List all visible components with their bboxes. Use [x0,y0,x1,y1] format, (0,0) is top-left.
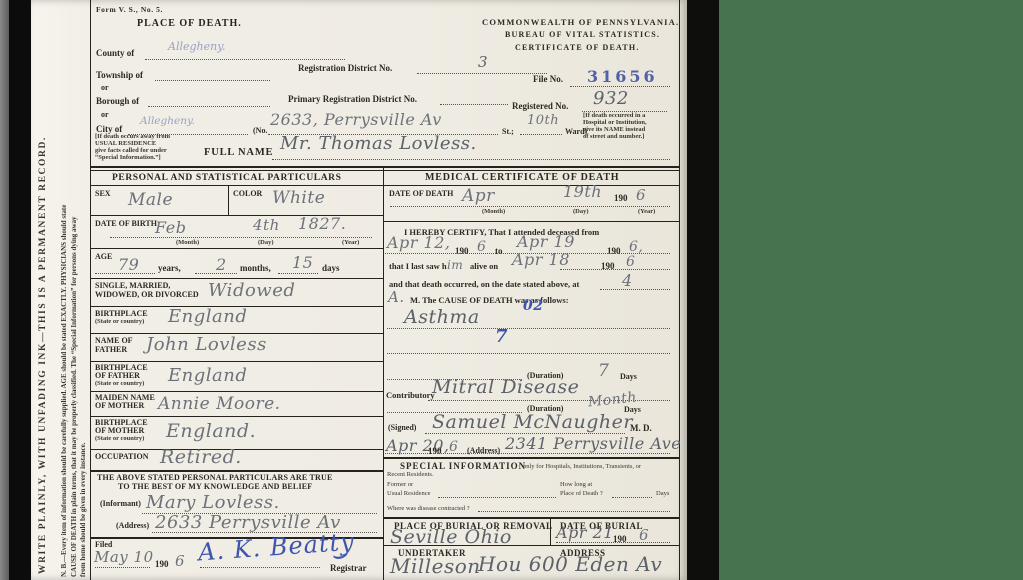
death-certificate-scan: WRITE PLAINLY, WITH UNFADING INK—THIS IS… [0,0,1023,580]
occupation-value: Retired. [160,446,242,468]
am-hand-value: A. [388,288,405,306]
personal-particulars-heading: PERSONAL AND STATISTICAL PARTICULARS [112,173,342,183]
how-long-label1: How long at [560,481,592,488]
undertaker-address-value: Hou 600 Eden Av [478,552,662,576]
informant-address-label: (Address) [116,521,149,530]
margin-nb-line3: from home should be given in every insta… [79,15,89,577]
county-value: Allegheny. [168,40,225,53]
signed-label: (Signed) [388,423,416,432]
margin-nb-line1: N. B.—Every item of information should b… [60,15,70,577]
hospital-note-line: give its NAME instead [583,126,675,133]
informant-value: Mary Lovless. [146,492,280,513]
mother-birthplace-label-line2: OF MOTHER [95,426,144,435]
usual-residence-note: [If death occurs away from USUAL RESIDEN… [95,133,195,161]
dotted-blank [195,272,237,274]
attended-from-date: Apr 12, [387,233,450,252]
street-suffix-label: St.; [502,127,514,136]
county-label: County of [96,48,134,58]
form-left-border [90,0,91,580]
dotted-blank [387,327,670,329]
dotted-blank [440,103,508,105]
house-no-label: (No. [253,126,267,135]
form-right-border [679,0,680,580]
dotted-blank [155,79,270,81]
color-value: White [272,188,325,208]
informant-label: (Informant) [100,499,141,508]
form-number: Form V. S., No. 5. [96,5,163,14]
date-of-death-label: DATE OF DEATH [389,189,453,198]
residence-note-line: USUAL RESIDENCE [95,140,195,147]
burial-date-value: Apr 21 [556,523,614,542]
signed-year-printed: 190 [428,446,442,456]
dotted-blank [600,288,670,290]
filed-date-value: May 10 [94,548,154,566]
death-year-digit: 6 [636,186,646,204]
rule [383,185,679,186]
day-caption: (Day) [573,208,589,215]
year-caption: (Year) [342,239,359,246]
special-information-subtext2: Recent Residents. [387,471,434,478]
dotted-blank [478,510,670,512]
to-label: to [495,246,503,256]
dotted-blank [390,205,670,207]
state-country-caption: (State or country) [95,435,144,442]
dotted-blank [200,566,320,568]
dotted-blank [110,236,372,238]
margin-permanent-record-note: WRITE PLAINLY, WITH UNFADING INK—THIS IS… [38,136,48,574]
father-name-label-line2: FATHER [95,345,127,354]
duration-value: 7 [598,361,609,381]
dotted-blank [570,85,670,87]
marital-value: Widowed [208,280,295,301]
father-birthplace-label-line2: OF FATHER [95,371,140,380]
burial-divider [550,517,551,545]
rule [90,361,383,362]
mother-birthplace-value: England. [166,420,256,442]
last-saw-mid: alive on [470,261,498,271]
dotted-blank [148,105,270,107]
duration-days-label: Days [620,372,637,381]
statement-line2: TO THE BEST OF MY KNOWLEDGE AND BELIEF [118,482,312,491]
former-residence-label1: Former or [387,481,413,488]
street-number-value: 2633, Perrysville Av [270,110,442,129]
marital-label-line2: WIDOWED, OR DIVORCED [95,290,199,299]
rule [383,221,679,222]
registration-district-value: 3 [478,53,488,71]
physician-address-value: 2341 Perrysville Ave [505,434,681,453]
hospital-note-line: [If death occurred in a [583,112,675,119]
dob-day-value: 4th [253,216,280,234]
township-label: Township of [96,70,143,80]
file-no-label: File No. [533,74,563,84]
dob-year-value: 1827. [298,214,346,233]
bureau-heading: BUREAU OF VITAL STATISTICS. [505,30,660,39]
occupation-label: OCCUPATION [95,452,148,461]
or-label-2: or [101,110,109,119]
last-saw-pre: that I last saw h [389,261,447,271]
dotted-blank [520,133,562,135]
hospital-note-line: of street and number.] [583,133,675,140]
date-of-birth-label: DATE OF BIRTH [95,219,157,228]
year-caption: (Year) [638,208,655,215]
hospital-note: [If death occurred in a Hospital or Inst… [583,112,675,140]
former-residence-label2: Usual Residence [387,490,431,497]
last-saw-date: Apr 18 [512,250,570,269]
how-long-label2: Place of Death ? [560,490,603,497]
registration-district-label: Registration District No. [298,63,392,73]
father-name-value: John Lovless [146,334,267,355]
residence-note-line: give facts called for under [95,147,195,154]
rule [90,185,383,186]
viewer-background [719,0,1023,580]
dotted-blank [438,496,556,498]
dotted-blank [385,452,670,454]
how-long-days-label: Days [656,490,669,497]
rule [90,278,383,279]
margin-nb-note: N. B.—Every item of information should b… [60,15,89,577]
rule [383,457,679,459]
dotted-blank [95,566,150,568]
registered-no-label: Registered No. [512,101,568,111]
days-label: days [322,263,340,273]
or-label-1: or [101,83,109,92]
dotted-blank [417,72,547,74]
dotted-blank [278,272,318,274]
month-caption: (Month) [482,208,505,215]
residence-note-line: “Special Information.”] [95,154,195,161]
father-birthplace-value: England [168,365,247,386]
dotted-blank [272,158,670,160]
full-name-label: FULL NAME [204,147,273,158]
state-country-caption: (State or country) [95,380,144,387]
full-name-value: Mr. Thomas Lovless. [280,133,477,154]
md-label: M. D. [630,423,652,433]
color-label: COLOR [233,189,262,198]
scan-edge-black-right [687,0,719,580]
filed-year-digit: 6 [175,552,185,570]
physician-signature: Samuel McNaugher [432,411,633,433]
mother-name-value: Annie Moore. [158,394,281,414]
month-caption: (Month) [176,239,199,246]
section-divider [90,170,679,171]
sex-label: SEX [95,189,111,198]
dotted-blank [556,541,670,543]
mother-name-label-line2: OF MOTHER [95,401,144,410]
birthplace-label: BIRTHPLACE [95,309,148,318]
section-divider [90,166,679,168]
sex-value: Male [128,190,173,210]
borough-label: Borough of [96,96,139,106]
certificate-heading: CERTIFICATE OF DEATH. [515,43,640,52]
sex-color-divider [228,185,229,215]
disease-contracted-label: Where was disease contracted ? [387,505,470,512]
death-day-value: 19th [563,182,602,201]
city-value: Allegheny. [140,115,195,127]
last-saw-hand: im [447,258,463,272]
undertaker-value: Milleson [390,554,481,578]
day-caption: (Day) [258,239,274,246]
hospital-note-line: Hospital or Institution, [583,119,675,126]
dob-month-value: Feb [155,218,186,237]
file-no-value: 31656 [587,67,658,86]
years-label: years, [158,263,181,273]
scan-edge-black-left [9,0,31,580]
rule [90,416,383,417]
residence-note-line: [If death occurs away from [95,133,195,140]
cause-of-death-value: Asthma [404,306,480,328]
margin-nb-line2: CAUSE OF DEATH in plain terms, that it m… [70,15,80,577]
year-printed-1: 190 [455,246,469,256]
attended-to-date: Apr 19 [517,232,575,251]
birthplace-value: England [168,306,247,327]
registered-no-value: 932 [593,88,629,109]
dotted-blank [145,58,345,60]
death-year-printed: 190 [614,193,628,203]
marital-label-line1: SINGLE, MARRIED, [95,281,170,290]
cause-code-blue-bottom: 7 [495,326,508,347]
commonwealth-heading: COMMONWEALTH OF PENNSYLVANIA. [482,17,679,27]
special-information-subtext: only for Hospitals, Institutions, Transi… [523,463,641,470]
scan-edge-gray [0,0,9,580]
death-month-value: Apr [462,186,495,206]
age-days-value: 15 [292,253,313,272]
state-country-caption: (State or country) [95,318,144,325]
rule [383,545,679,546]
father-name-label-line1: NAME OF [95,336,133,345]
dotted-blank [95,272,155,274]
cause-code-blue-top: 02 [523,298,543,314]
rule [90,391,383,392]
filed-year-printed: 190 [155,559,169,569]
cause-of-death-statement: M. The CAUSE OF DEATH was as follows: [410,295,569,305]
rule [383,517,679,519]
statement-line1: THE ABOVE STATED PERSONAL PARTICULARS AR… [97,473,333,482]
special-information-heading: SPECIAL INFORMATION [400,461,526,471]
place-of-death-heading: PLACE OF DEATH. [137,18,242,29]
year-printed-2: 190 [607,246,621,256]
dotted-blank [612,496,652,498]
age-label: AGE [95,252,112,261]
death-occurred-statement: and that death occurred, on the date sta… [389,279,579,289]
rule [90,248,383,249]
dotted-blank [560,268,670,270]
dotted-blank [387,352,670,354]
rule [90,470,383,472]
contributory-value: Mitral Disease [432,376,579,398]
months-label: months, [240,263,271,273]
primary-registration-label: Primary Registration District No. [288,94,417,104]
ward-value: 10th [527,113,559,128]
